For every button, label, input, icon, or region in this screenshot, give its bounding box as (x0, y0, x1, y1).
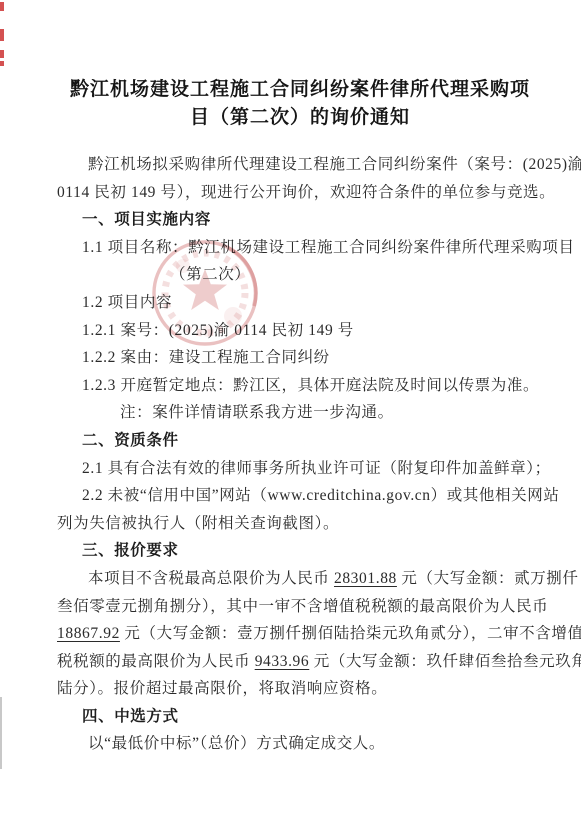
scanned-document-page: 黔江机场建设工程施工合同纠纷案件律所代理采购项 目（第二次）的询价通知 黔江机场… (0, 0, 581, 825)
document-title-line-1: 黔江机场建设工程施工合同纠纷案件律所代理采购项 (57, 76, 543, 104)
item-2-2-continuation: 列为失信被执行人（附相关查询截图）。 (57, 510, 543, 538)
price-paragraph-line-1: 本项目不含税最高总限价为人民币 28301.88 元（大写金额：贰万捌仟 (57, 565, 543, 593)
item-1-2-project-content: 1.2 项目内容 (57, 289, 543, 317)
price-line-1-tail: 元（大写金额：贰万捌仟 (397, 570, 579, 587)
document-title: 黔江机场建设工程施工合同纠纷案件律所代理采购项 目（第二次）的询价通知 (57, 76, 543, 132)
total-max-price-value: 28301.88 (334, 570, 397, 587)
section-2-heading: 二、资质条件 (57, 427, 543, 455)
scan-artifact-gray-edge (0, 697, 2, 769)
document-body: 黔江机场建设工程施工合同纠纷案件律所代理采购项 目（第二次）的询价通知 黔江机场… (57, 76, 543, 758)
price-line-3-tail: 元（大写金额：壹万捌仟捌佰陆拾柒元玖角贰分），二审不含增值 (120, 625, 581, 642)
selection-method-line: 以“最低价中标”（总价）方式确定成交人。 (57, 730, 543, 758)
case-detail-note: 注：案件详情请联系我方进一步沟通。 (57, 399, 543, 427)
section-3-heading: 三、报价要求 (57, 537, 543, 565)
price-paragraph-line-2: 叁佰零壹元捌角捌分），其中一审不含增值税税额的最高限价为人民币 (57, 593, 543, 621)
item-1-2-3-court-location: 1.2.3 开庭暂定地点：黔江区，具体开庭法院及时间以传票为准。 (57, 372, 543, 400)
first-instance-price-value: 18867.92 (57, 625, 120, 642)
intro-paragraph-line-2: 0114 民初 149 号），现进行公开询价，欢迎符合条件的单位参与竞选。 (57, 179, 543, 207)
section-4-heading: 四、中选方式 (57, 703, 543, 731)
scan-artifact-red-mark (0, 61, 4, 66)
item-1-2-1-case-number: 1.2.1 案号：(2025)渝 0114 民初 149 号 (57, 317, 543, 345)
price-line-4-text: 税税额的最高限价为人民币 (57, 653, 255, 670)
intro-paragraph-line-1: 黔江机场拟采购律所代理建设工程施工合同纠纷案件（案号：(2025)渝 (57, 151, 543, 179)
item-1-1-project-name: 1.1 项目名称：黔江机场建设工程施工合同纠纷案件律所代理采购项目 (57, 234, 543, 262)
scan-artifact-red-mark (0, 50, 4, 58)
document-title-line-2: 目（第二次）的询价通知 (57, 104, 543, 132)
price-paragraph-line-3: 18867.92 元（大写金额：壹万捌仟捌佰陆拾柒元玖角贰分），二审不含增值 (57, 620, 543, 648)
price-paragraph-line-5: 陆分）。报价超过最高限价，将取消响应资格。 (57, 675, 543, 703)
second-instance-price-value: 9433.96 (255, 653, 310, 670)
item-2-2-credit-requirement: 2.2 未被“信用中国”网站（www.creditchina.gov.cn）或其… (57, 482, 543, 510)
price-line-1-text: 本项目不含税最高总限价为人民币 (88, 570, 334, 587)
price-line-4-tail: 元（大写金额：玖仟肆佰叁拾叁元玖角 (309, 653, 581, 670)
price-paragraph-line-4: 税税额的最高限价为人民币 9433.96 元（大写金额：玖仟肆佰叁拾叁元玖角 (57, 648, 543, 676)
scan-artifact-red-mark (0, 2, 4, 11)
item-2-1-license-requirement: 2.1 具有合法有效的律师事务所执业许可证（附复印件加盖鲜章）； (57, 455, 543, 483)
item-1-1-continuation: （第二次） (57, 261, 543, 289)
scan-artifact-red-mark (0, 29, 4, 41)
item-1-2-2-case-cause: 1.2.2 案由：建设工程施工合同纠纷 (57, 344, 543, 372)
section-1-heading: 一、项目实施内容 (57, 206, 543, 234)
